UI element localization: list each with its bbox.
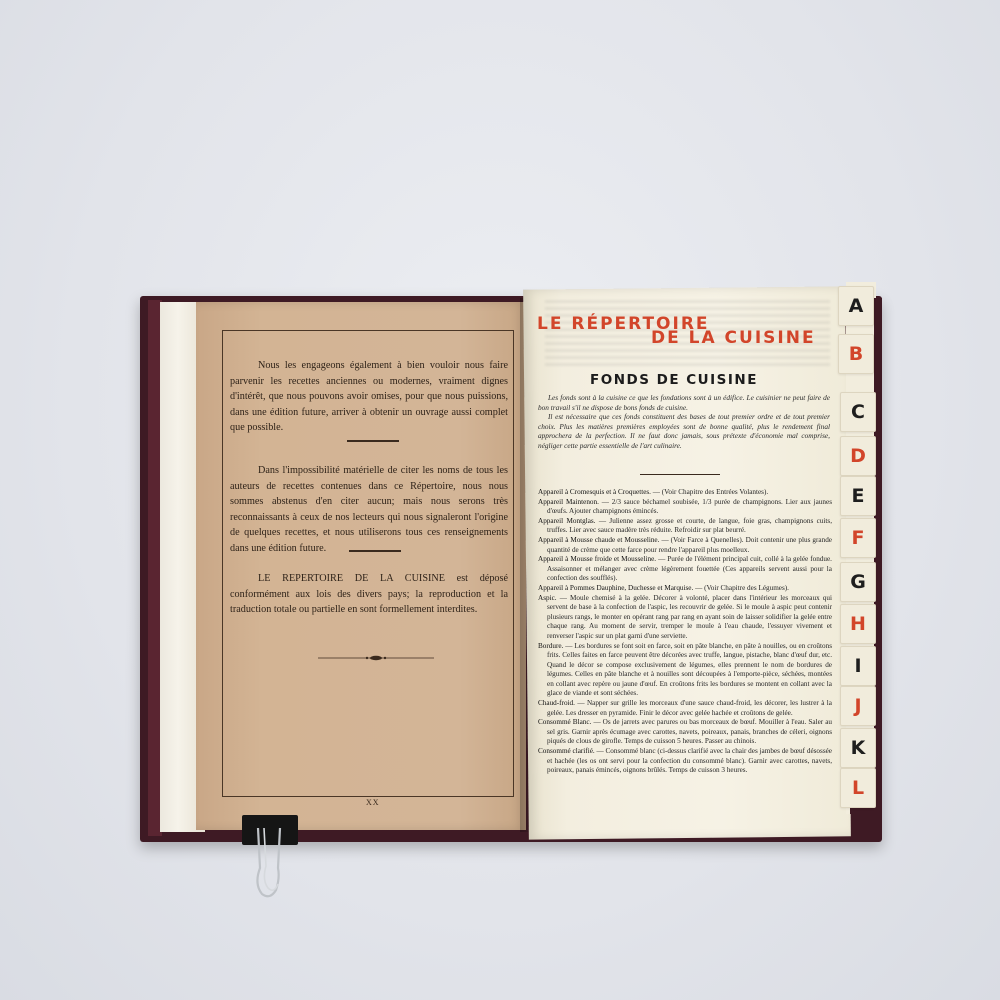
divider-rule <box>347 440 399 442</box>
intro-paragraph: Il est nécessaire que ces fonds constitu… <box>538 412 830 450</box>
index-tab-a[interactable]: A <box>838 286 874 326</box>
recipe-term: Appareil Maintenon. <box>538 498 602 506</box>
recipe-entry: Chaud-froid. — Napper sur grille les mor… <box>538 699 832 718</box>
recipe-entry: Consommé clarifié. — Consommé blanc (ci-… <box>538 747 832 776</box>
binder-clip-handle <box>250 828 290 900</box>
recipe-entry: Appareil Maintenon. — 2/3 sauce béchamel… <box>538 498 832 517</box>
index-tab-l[interactable]: L <box>840 768 876 808</box>
recipe-term: Consommé Blanc. <box>538 718 593 726</box>
page-number: XX <box>366 798 380 807</box>
section-title: FONDS DE CUISINE <box>590 372 758 388</box>
recipe-term: Consommé clarifié. <box>538 747 596 755</box>
recipe-text: — Moule chemisé à la gelée. Décorer à vo… <box>547 594 832 640</box>
recipe-term: Appareil à Cromesquis et à Croquettes. <box>538 488 653 496</box>
ornament-divider <box>318 654 434 662</box>
recipe-entries: Appareil à Cromesquis et à Croquettes. —… <box>538 488 832 776</box>
recipe-term: Bordure. <box>538 642 565 650</box>
index-tab-k[interactable]: K <box>840 728 876 768</box>
recipe-entry: Appareil Montglas. — Julienne assez gros… <box>538 517 832 536</box>
left-paragraph-3: LE REPERTOIRE DE LA CUISINE est déposé c… <box>230 571 508 618</box>
left-paragraph-1: Nous les engageons également à bien voul… <box>230 358 508 436</box>
left-paragraph-2: Dans l'impossibilité matérielle de citer… <box>230 463 508 556</box>
recipe-entry: Appareil à Pommes Dauphine, Duchesse et … <box>538 584 832 594</box>
recipe-term: Appareil à Mousse chaude et Mousseline. <box>538 536 661 544</box>
intro-text: Les fonds sont à la cuisine ce que les f… <box>538 393 830 450</box>
index-tab-j[interactable]: J <box>840 686 876 726</box>
recipe-term: Appareil à Pommes Dauphine, Duchesse et … <box>538 584 695 592</box>
recipe-entry: Bordure. — Les bordures se font soit en … <box>538 642 832 700</box>
index-tab-e[interactable]: E <box>840 476 876 516</box>
recipe-entry: Appareil à Mousse froide et Mousseline. … <box>538 555 832 584</box>
recipe-term: Aspic. <box>538 594 560 602</box>
recipe-text: — (Voir Chapitre des Légumes). <box>695 584 789 592</box>
intro-paragraph: Les fonds sont à la cuisine ce que les f… <box>538 393 830 412</box>
index-tab-b[interactable]: B <box>838 334 874 374</box>
recipe-term: Appareil à Mousse froide et Mousseline. <box>538 555 658 563</box>
book-title-line-2: DE LA CUISINE <box>651 328 816 348</box>
index-tab-c[interactable]: C <box>840 392 876 432</box>
recipe-entry: Appareil à Mousse chaude et Mousseline. … <box>538 536 832 555</box>
recipe-term: Chaud-froid. <box>538 699 577 707</box>
index-tab-d[interactable]: D <box>840 436 876 476</box>
index-tab-h[interactable]: H <box>840 604 876 644</box>
index-tab-i[interactable]: I <box>840 646 876 686</box>
recipe-text: — Napper sur grille les morceaux d'une s… <box>547 699 832 717</box>
divider-rule <box>640 474 720 475</box>
recipe-term: Appareil Montglas. <box>538 517 599 525</box>
recipe-text: — (Voir Chapitre des Entrées Volantes). <box>653 488 768 496</box>
recipe-entry: Aspic. — Moule chemisé à la gelée. Décor… <box>538 594 832 642</box>
index-tab-f[interactable]: F <box>840 518 876 558</box>
recipe-entry: Appareil à Cromesquis et à Croquettes. —… <box>538 488 832 498</box>
index-tab-g[interactable]: G <box>840 562 876 602</box>
recipe-text: — Les bordures se font soit en farce, so… <box>547 642 832 698</box>
divider-rule <box>349 550 401 552</box>
recipe-entry: Consommé Blanc. — Os de jarrets avec par… <box>538 718 832 747</box>
